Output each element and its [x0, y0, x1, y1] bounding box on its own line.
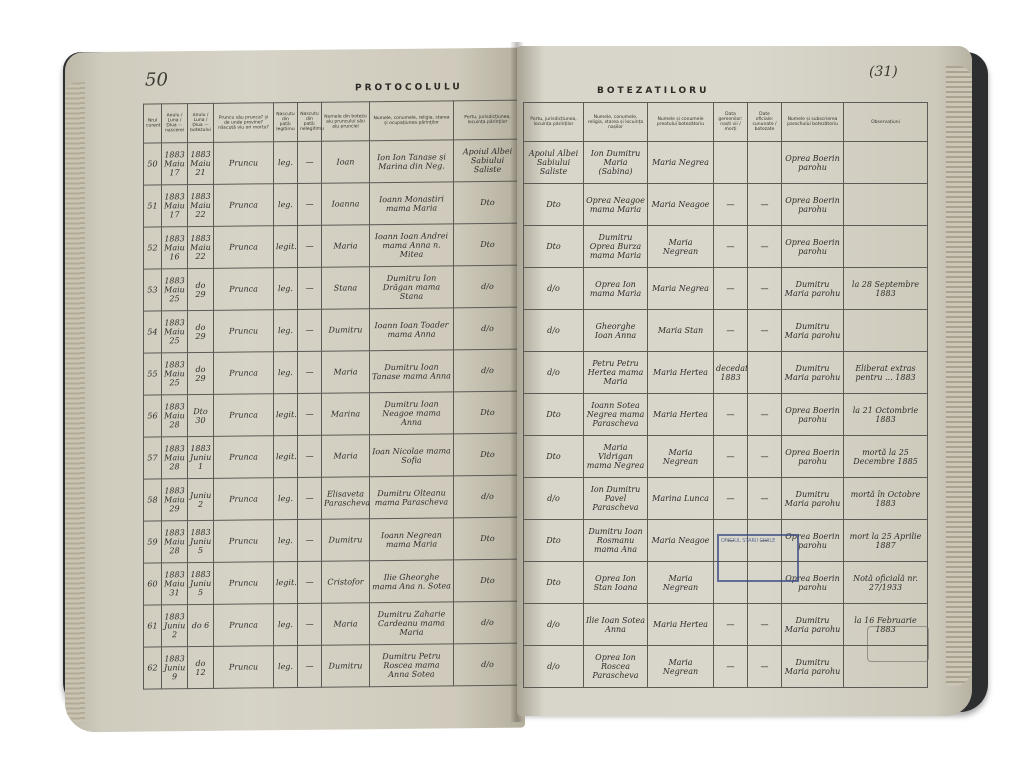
cell-nr: 61: [144, 605, 162, 647]
cell-gem: —: [714, 268, 748, 310]
cell-legit: legit.: [274, 225, 298, 267]
cell-loc: Dto: [524, 184, 584, 226]
cell-off: —: [748, 478, 782, 520]
cell-nascut: 1883 Maiu 28: [162, 521, 188, 563]
cell-obs: [844, 226, 928, 268]
cell-legit: legit.: [274, 435, 298, 477]
page-edges-right: [946, 66, 972, 686]
page-title-right: BOTEZATILORU: [597, 86, 709, 96]
cell-botez: do 12: [188, 646, 214, 688]
cell-botez: 1883 Juniu 5: [188, 562, 214, 604]
cell-nelegit: —: [298, 477, 322, 519]
cell-loc: d/o: [524, 268, 584, 310]
cell-nr: 62: [144, 647, 162, 689]
cell-nasi: Ion Dumitru Pavel Parascheva: [584, 478, 648, 520]
cell-botez: do 29: [188, 310, 214, 352]
cell-nascut: 1883 Juniu 9: [162, 647, 188, 689]
cell-nasi: Ioann Sotea Negrea mama Parascheva: [584, 394, 648, 436]
cell-nelegit: —: [298, 603, 322, 645]
cell-nasi: Dumitru Ioan Rosmanu mama Ana: [584, 520, 648, 562]
cell-sex: Pruncu: [214, 562, 274, 605]
cell-nr: 60: [144, 563, 162, 605]
official-stamp: OFICIUL STARII CIVILE: [717, 534, 799, 582]
cell-off: —: [748, 310, 782, 352]
cell-nasi: Dumitru Oprea Burza mama Maria: [584, 226, 648, 268]
cell-preot: Maria Hertea: [648, 394, 714, 436]
cell-parinti: Ioan Nicolae mama Sofia: [370, 434, 454, 477]
register-entry-row: d/oGheorghe Ioan AnnaMaria Stan——Dumitru…: [524, 310, 928, 352]
cell-off: —: [748, 226, 782, 268]
cell-off: —: [748, 646, 782, 688]
stamp-text: OFICIUL STARII CIVILE: [721, 538, 775, 544]
cell-obs: la 21 Octombrie 1883: [844, 394, 928, 436]
cell-legit: leg.: [274, 267, 298, 309]
cell-nasi: Oprea Ion Stan Ioana: [584, 562, 648, 604]
cell-nasi: Ilie Ioan Sotea Anna: [584, 604, 648, 646]
register-entry-row: 581883 Maiu 29Juniu 2Pruncaleg.—Elisavet…: [144, 475, 522, 521]
cell-nascut: 1883 Maiu 28: [162, 395, 188, 437]
cell-nascut: 1883 Maiu 31: [162, 563, 188, 605]
cell-nr: 50: [144, 143, 162, 185]
cell-obs: [844, 142, 928, 184]
register-entry-row: 501883 Maiu 171883 Maiu 21Prunculeg.—Ioa…: [144, 139, 522, 185]
cell-paroh: Oprea Boerin parohu: [782, 436, 844, 478]
header-cell: Date oficiale: cununate / botezate: [748, 103, 782, 142]
faded-stamp: [867, 626, 929, 662]
cell-botez: 1883 Maiu 22: [188, 226, 214, 268]
cell-sex: Prunca: [214, 352, 274, 395]
cell-preot: Maria Negrean: [648, 436, 714, 478]
cell-botez: 1883 Maiu 21: [188, 142, 214, 184]
cell-nume: Dumitru: [322, 309, 370, 352]
cell-preot: Maria Hertea: [648, 604, 714, 646]
left-page: 50 PROTOCOLULU Nrul curent Anulu / Luna …: [65, 48, 525, 733]
cell-nasi: Ion Dumitru Maria (Sabina): [584, 142, 648, 184]
cell-gem: —: [714, 394, 748, 436]
register-entry-row: Apoiul Albei Sabiului SalisteIon Dumitru…: [524, 142, 928, 184]
cell-off: [748, 142, 782, 184]
header-cell: Data gemenilor: naști vii / morți: [714, 103, 748, 142]
cell-nume: Dumitru: [322, 645, 370, 688]
cell-nasi: Petru Petru Hertea mama Maria: [584, 352, 648, 394]
page-number-left: 50: [145, 69, 168, 90]
cell-parinti: Dumitru Ioan Neagoe mama Anna: [370, 392, 454, 435]
cell-gem: —: [714, 604, 748, 646]
cell-parinti: Dumitru Ioan Tanase mama Anna: [370, 350, 454, 393]
register-table-left: Nrul curent Anulu / Luna / Diua — nascer…: [143, 100, 522, 690]
cell-nasi: Oprea Neagoe mama Maria: [584, 184, 648, 226]
register-entry-row: 571883 Maiu 281883 Juniu 1Pruncalegit.—M…: [144, 433, 522, 479]
cell-obs: mortă în Octobre 1883: [844, 478, 928, 520]
cell-parinti: Ioann Negrean mama Maria: [370, 518, 454, 561]
cell-legit: leg.: [274, 603, 298, 645]
cell-sex: Prunca: [214, 268, 274, 311]
cell-nume: Maria: [322, 435, 370, 478]
cell-paroh: Oprea Boerin parohu: [782, 142, 844, 184]
register-entry-row: 511883 Maiu 171883 Maiu 22Pruncaleg.—Ioa…: [144, 181, 522, 227]
cell-nelegit: —: [298, 141, 322, 183]
cell-parinti: Dumitru Ion Drăgan mama Stana: [370, 266, 454, 309]
header-cell: Anulu / Luna / Diua — nascerei: [162, 104, 188, 143]
right-page: (31) BOTEZATILORU Portu, jurisdicțiunea,…: [517, 46, 972, 716]
cell-parinti: Ioann Ioan Toader mama Anna: [370, 308, 454, 351]
cell-nelegit: —: [298, 267, 322, 309]
register-entry-row: 521883 Maiu 161883 Maiu 22Pruncalegit.—M…: [144, 223, 522, 269]
cell-gem: [714, 142, 748, 184]
cell-preot: Maria Negrea: [648, 268, 714, 310]
cell-paroh: Oprea Boerin parohu: [782, 226, 844, 268]
cell-nr: 54: [144, 311, 162, 353]
cell-parinti: Ioann Monastiri mama Maria: [370, 182, 454, 225]
header-cell: Numele din botezu alu pruncului său alu …: [322, 102, 370, 142]
cell-obs: Eliberat extras pentru ... 1883: [844, 352, 928, 394]
cell-nasi: Oprea Ion mama Maria: [584, 268, 648, 310]
header-cell: Numele și subscrierea parochului botezăt…: [782, 103, 844, 142]
cell-loc: Apoiul Albei Sabiului Saliste: [524, 142, 584, 184]
cell-sex: Prunca: [214, 604, 274, 647]
cell-botez: do 6: [188, 604, 214, 646]
cell-preot: Maria Neagoe: [648, 184, 714, 226]
cell-nascut: 1883 Maiu 25: [162, 311, 188, 353]
register-entry-row: DtoOprea Neagoe mama MariaMaria Neagoe——…: [524, 184, 928, 226]
cell-sex: Prunca: [214, 436, 274, 479]
cell-off: —: [748, 604, 782, 646]
cell-nume: Marina: [322, 393, 370, 436]
cell-paroh: Dumitru Maria parohu: [782, 268, 844, 310]
cell-paroh: Dumitru Maria parohu: [782, 310, 844, 352]
cell-loc: Dto: [524, 520, 584, 562]
cell-paroh: Dumitru Maria parohu: [782, 352, 844, 394]
cell-preot: Maria Negrean: [648, 646, 714, 688]
cell-parinti: Dumitru Petru Roscea mama Anna Sotea: [370, 644, 454, 687]
cell-loc: d/o: [524, 646, 584, 688]
cell-botez: 1883 Juniu 5: [188, 520, 214, 562]
header-cell: Nascutu din pată: legitimu: [274, 102, 298, 141]
cell-gem: —: [714, 478, 748, 520]
cell-sex: Prunca: [214, 394, 274, 437]
cell-obs: mort la 25 Aprilie 1887: [844, 520, 928, 562]
cell-botez: do 29: [188, 268, 214, 310]
cell-gem: —: [714, 436, 748, 478]
cell-off: —: [748, 394, 782, 436]
header-cell: Nrul curent: [144, 104, 162, 143]
header-cell: Portu, jurisdicțiunea, locuința părințil…: [524, 103, 584, 142]
header-cell: Numele și conumele preotului botezătoriu: [648, 103, 714, 142]
cell-nume: Dumitru: [322, 519, 370, 562]
cell-nume: Ioan: [322, 141, 370, 184]
header-cell: Numele, conumele, religia, starea și ocu…: [370, 101, 454, 141]
page-title-left: PROTOCOLULU: [355, 82, 463, 93]
cell-sex: Pruncu: [214, 310, 274, 353]
cell-gem: —: [714, 184, 748, 226]
register-entry-row: DtoDumitru Oprea Burza mama MariaMaria N…: [524, 226, 928, 268]
cell-loc: d/o: [524, 604, 584, 646]
cell-preot: Maria Neagoe: [648, 520, 714, 562]
cell-loc: Dto: [524, 562, 584, 604]
cell-loc: d/o: [524, 310, 584, 352]
cell-parinti: Ioann Ioan Andrei mama Anna n. Mitea: [370, 224, 454, 267]
cell-botez: 1883 Juniu 1: [188, 436, 214, 478]
open-register-book: 50 PROTOCOLULU Nrul curent Anulu / Luna …: [55, 42, 990, 732]
register-entry-row: DtoIoann Sotea Negrea mama ParaschevaMar…: [524, 394, 928, 436]
cell-nume: Stana: [322, 267, 370, 310]
cell-loc: Dto: [524, 436, 584, 478]
cell-legit: leg.: [274, 351, 298, 393]
cell-obs: Notă oficială nr. 27/1933: [844, 562, 928, 604]
cell-legit: leg.: [274, 309, 298, 351]
header-cell: Nascutu din pată: nelegitimu: [298, 102, 322, 141]
cell-nelegit: —: [298, 351, 322, 393]
cell-preot: Maria Negrean: [648, 562, 714, 604]
cell-legit: leg.: [274, 477, 298, 519]
cell-nascut: 1883 Maiu 25: [162, 353, 188, 395]
register-entry-row: 561883 Maiu 28Dto 30Pruncalegit.—MarinaD…: [144, 391, 522, 437]
table-header-row: Portu, jurisdicțiunea, locuința părințil…: [524, 103, 928, 142]
cell-paroh: Dumitru Maria parohu: [782, 604, 844, 646]
cell-botez: do 29: [188, 352, 214, 394]
cell-preot: Maria Stan: [648, 310, 714, 352]
cell-legit: leg.: [274, 519, 298, 561]
cell-nelegit: —: [298, 393, 322, 435]
cell-nascut: 1883 Maiu 29: [162, 479, 188, 521]
cell-nume: Ioanna: [322, 183, 370, 226]
cell-loc: Dto: [524, 394, 584, 436]
cell-off: —: [748, 184, 782, 226]
cell-obs: [844, 310, 928, 352]
cell-nascut: 1883 Maiu 16: [162, 227, 188, 269]
cell-nr: 59: [144, 521, 162, 563]
cell-nr: 53: [144, 269, 162, 311]
cell-parinti: Ion Ion Tanase și Marina din Neg.: [370, 140, 454, 183]
cell-nume: Maria: [322, 225, 370, 268]
cell-off: [748, 352, 782, 394]
page-edges-left: [65, 82, 85, 722]
cell-nelegit: —: [298, 645, 322, 687]
cell-sex: Pruncu: [214, 646, 274, 689]
cell-loc: Dto: [524, 226, 584, 268]
register-entry-row: 551883 Maiu 25do 29Pruncaleg.—MariaDumit…: [144, 349, 522, 395]
cell-nume: Maria: [322, 351, 370, 394]
cell-nascut: 1883 Juniu 2: [162, 605, 188, 647]
register-entry-row: d/oIon Dumitru Pavel ParaschevaMarina Lu…: [524, 478, 928, 520]
cell-nasi: Maria Vidrigan mama Negrea: [584, 436, 648, 478]
cell-off: —: [748, 436, 782, 478]
cell-nelegit: —: [298, 435, 322, 477]
cell-gem: —: [714, 310, 748, 352]
cell-paroh: Oprea Boerin parohu: [782, 394, 844, 436]
cell-sex: Prunca: [214, 226, 274, 269]
cell-nr: 57: [144, 437, 162, 479]
cell-nascut: 1883 Maiu 17: [162, 185, 188, 227]
cell-nr: 58: [144, 479, 162, 521]
register-entry-row: d/oOprea Ion mama MariaMaria Negrea——Dum…: [524, 268, 928, 310]
cell-nelegit: —: [298, 225, 322, 267]
cell-botez: Dto 30: [188, 394, 214, 436]
cell-nr: 55: [144, 353, 162, 395]
cell-sex: Pruncu: [214, 142, 274, 185]
cell-nascut: 1883 Maiu 17: [162, 143, 188, 185]
cell-nr: 51: [144, 185, 162, 227]
cell-sex: Prunca: [214, 184, 274, 227]
header-cell: Pruncu său prunca? și de unde provine? n…: [214, 103, 274, 143]
register-entry-row: 591883 Maiu 281883 Juniu 5Prunculeg.—Dum…: [144, 517, 522, 563]
cell-sex: Prunca: [214, 478, 274, 521]
cell-sex: Pruncu: [214, 520, 274, 563]
cell-obs: [844, 184, 928, 226]
cell-nascut: 1883 Maiu 28: [162, 437, 188, 479]
cell-paroh: Oprea Boerin parohu: [782, 184, 844, 226]
cell-legit: legit.: [274, 561, 298, 603]
cell-parinti: Dumitru Zaharie Cardeanu mama Maria: [370, 602, 454, 645]
cell-legit: leg.: [274, 141, 298, 183]
cell-preot: Maria Hertea: [648, 352, 714, 394]
register-entry-row: 541883 Maiu 25do 29Prunculeg.—DumitruIoa…: [144, 307, 522, 353]
cell-gem: decedat 1883: [714, 352, 748, 394]
header-cell: Numele, conumele, religia, starea și loc…: [584, 103, 648, 142]
register-entry-row: 601883 Maiu 311883 Juniu 5Prunculegit.—C…: [144, 559, 522, 605]
cell-preot: Marina Lunca: [648, 478, 714, 520]
cell-nume: Maria: [322, 603, 370, 646]
cell-nelegit: —: [298, 519, 322, 561]
cell-legit: leg.: [274, 645, 298, 687]
cell-nume: Cristofor: [322, 561, 370, 604]
register-table-right: Portu, jurisdicțiunea, locuința părințil…: [523, 102, 928, 688]
page-number-right: (31): [869, 64, 898, 80]
cell-legit: leg.: [274, 183, 298, 225]
cell-preot: Maria Negrea: [648, 142, 714, 184]
cell-parinti: Dumitru Olteanu mama Parascheva: [370, 476, 454, 519]
cell-nume: Elisaveta Parascheva: [322, 477, 370, 520]
cell-botez: Juniu 2: [188, 478, 214, 520]
cell-nascut: 1883 Maiu 25: [162, 269, 188, 311]
register-entry-row: 621883 Juniu 9do 12Prunculeg.—DumitruDum…: [144, 643, 522, 689]
cell-nelegit: —: [298, 561, 322, 603]
table-header-row: Nrul curent Anulu / Luna / Diua — nascer…: [144, 100, 522, 143]
header-cell: Observațiuni: [844, 103, 928, 142]
cell-gem: —: [714, 226, 748, 268]
cell-loc: d/o: [524, 478, 584, 520]
register-entry-row: d/oPetru Petru Hertea mama MariaMaria He…: [524, 352, 928, 394]
cell-paroh: Dumitru Maria parohu: [782, 646, 844, 688]
register-entry-row: 531883 Maiu 25do 29Pruncaleg.—StanaDumit…: [144, 265, 522, 311]
cell-nelegit: —: [298, 309, 322, 351]
cell-preot: Maria Negrean: [648, 226, 714, 268]
cell-obs: la 28 Septembre 1883: [844, 268, 928, 310]
cell-off: —: [748, 268, 782, 310]
cell-botez: 1883 Maiu 22: [188, 184, 214, 226]
cell-nasi: Gheorghe Ioan Anna: [584, 310, 648, 352]
register-entry-row: DtoMaria Vidrigan mama NegreaMaria Negre…: [524, 436, 928, 478]
cell-paroh: Dumitru Maria parohu: [782, 478, 844, 520]
cell-nasi: Oprea Ion Roscea Parascheva: [584, 646, 648, 688]
cell-legit: legit.: [274, 393, 298, 435]
header-cell: Anulu / Luna / Diua — botezului: [188, 103, 214, 142]
cell-parinti: Ilie Gheorghe mama Ana n. Sotea: [370, 560, 454, 603]
cell-loc: d/o: [524, 352, 584, 394]
register-entry-row: 611883 Juniu 2do 6Pruncaleg.—MariaDumitr…: [144, 601, 522, 647]
cell-nelegit: —: [298, 183, 322, 225]
cell-nr: 56: [144, 395, 162, 437]
cell-gem: —: [714, 646, 748, 688]
cell-nr: 52: [144, 227, 162, 269]
cell-obs: mortă la 25 Decembre 1885: [844, 436, 928, 478]
